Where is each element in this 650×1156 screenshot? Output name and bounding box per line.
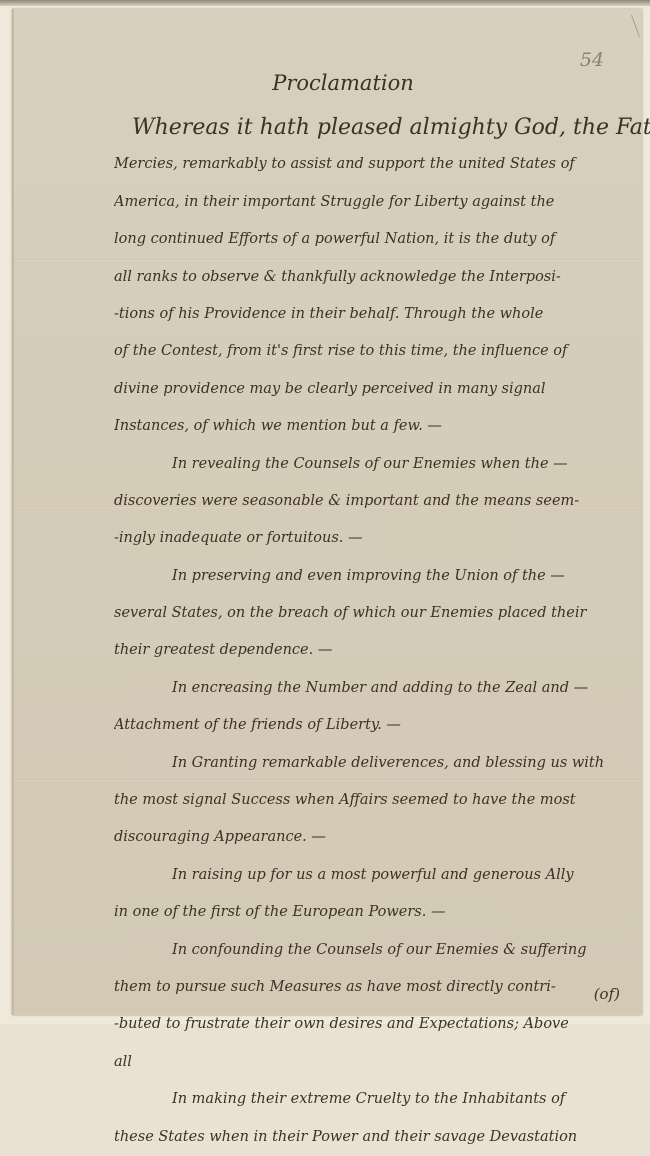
text-line: In confounding the Counsels of our Enemi… — [114, 932, 650, 969]
document-body: Whereas it hath pleased almighty God, th… — [114, 109, 650, 1024]
manuscript-page: 54 Proclamation Whereas it hath pleased … — [12, 9, 642, 1015]
text-line: In Granting remarkable deliverences, and… — [114, 745, 650, 782]
text-line: discoveries were seasonable & important … — [114, 483, 650, 520]
text-line: in one of the first of the European Powe… — [114, 894, 650, 931]
text-line: long continued Efforts of a powerful Nat… — [114, 221, 650, 258]
folio-number: 54 — [580, 49, 604, 71]
text-line: Instances, of which we mention but a few… — [114, 408, 650, 445]
text-line: -buted to frustrate their own desires an… — [114, 1006, 650, 1024]
text-line: all ranks to observe & thankfully acknow… — [114, 259, 650, 296]
text-line: their greatest dependence. — — [114, 632, 650, 669]
text-line: Attachment of the friends of Liberty. — — [114, 707, 650, 744]
text-line: In raising up for us a most powerful and… — [114, 857, 650, 894]
document-title: Proclamation — [14, 71, 642, 95]
corner-fold — [617, 15, 640, 37]
text-line: divine providence may be clearly perceiv… — [114, 371, 650, 408]
text-line: of the Contest, from it's first rise to … — [114, 333, 650, 370]
text-line: -ingly inadequate or fortuitous. — — [114, 520, 650, 557]
text-line: discouraging Appearance. — — [114, 819, 650, 856]
top-shadow — [0, 0, 650, 6]
text-line: In preserving and even improving the Uni… — [114, 558, 650, 595]
text-line: In revealing the Counsels of our Enemies… — [114, 446, 650, 483]
text-line: Mercies, remarkably to assist and suppor… — [114, 146, 650, 183]
text-line: In encreasing the Number and adding to t… — [114, 670, 650, 707]
text-line: the most signal Success when Affairs see… — [114, 782, 650, 819]
text-line: them to pursue such Measures as have mos… — [114, 969, 650, 1006]
text-line: -tions of his Providence in their behalf… — [114, 296, 650, 333]
catchword: (of) — [594, 985, 620, 1003]
text-line: several States, on the breach of which o… — [114, 595, 650, 632]
text-line: America, in their important Struggle for… — [114, 184, 650, 221]
text-line: Whereas it hath pleased almighty God, th… — [114, 109, 650, 146]
